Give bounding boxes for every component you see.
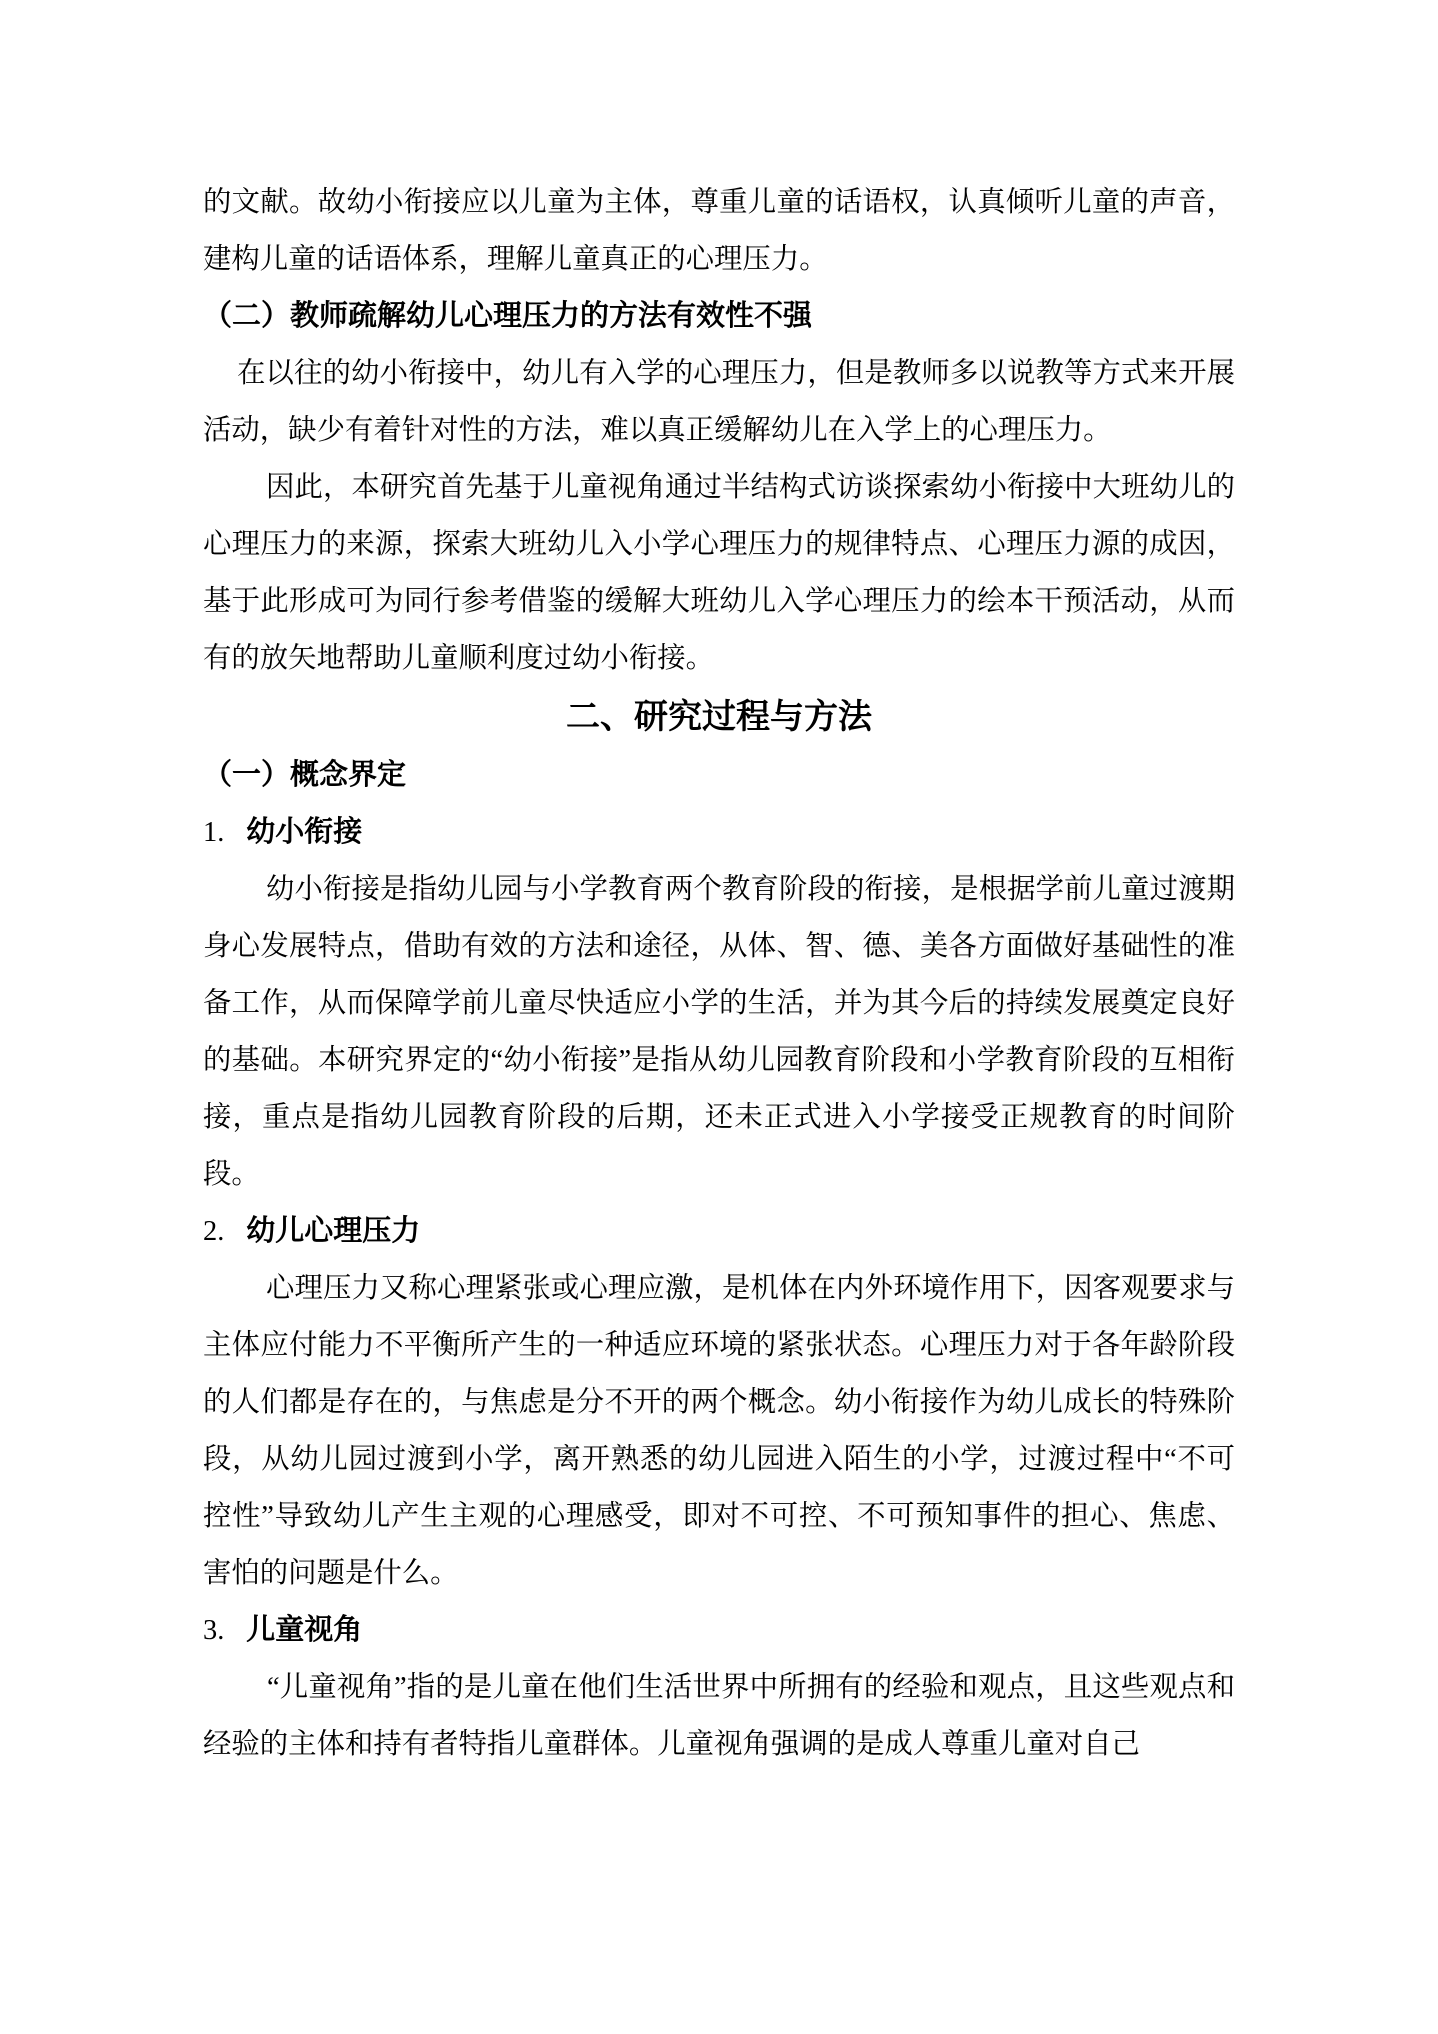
- term-number-1: 1.: [203, 817, 224, 848]
- term-title-1: 幼小衔接: [246, 816, 362, 848]
- paragraph-section2-1: 在以往的幼小衔接中，幼儿有入学的心理压力，但是教师多以说教等方式来开展活动，缺少…: [203, 345, 1235, 459]
- term-title-3: 儿童视角: [246, 1614, 362, 1646]
- heading-section-2: （二）教师疏解幼儿心理压力的方法有效性不强: [203, 288, 1235, 345]
- paragraph-section2-2: 因此，本研究首先基于儿童视角通过半结构式访谈探索幼小衔接中大班幼儿的心理压力的来…: [203, 459, 1235, 687]
- term-title-2: 幼儿心理压力: [246, 1215, 420, 1247]
- paragraph-intro-continuation: 的文献。故幼小衔接应以儿童为主体，尊重儿童的话语权，认真倾听儿童的声音，建构儿童…: [203, 174, 1235, 288]
- term-number-3: 3.: [203, 1615, 224, 1646]
- term-number-2: 2.: [203, 1216, 224, 1247]
- heading-subsection-1: （一）概念界定: [203, 747, 1235, 804]
- term-body-3: “儿童视角”指的是儿童在他们生活世界中所拥有的经验和观点，且这些观点和经验的主体…: [203, 1659, 1235, 1773]
- term-body-1: 幼小衔接是指幼儿园与小学教育两个教育阶段的衔接，是根据学前儿童过渡期身心发展特点…: [203, 861, 1235, 1203]
- document-body: 的文献。故幼小衔接应以儿童为主体，尊重儿童的话语权，认真倾听儿童的声音，建构儿童…: [203, 174, 1235, 1773]
- term-heading-1: 1.幼小衔接: [203, 804, 1235, 861]
- term-heading-2: 2.幼儿心理压力: [203, 1203, 1235, 1260]
- term-heading-3: 3.儿童视角: [203, 1602, 1235, 1659]
- chapter-title: 二、研究过程与方法: [203, 687, 1235, 747]
- document-page: 的文献。故幼小衔接应以儿童为主体，尊重儿童的话语权，认真倾听儿童的声音，建构儿童…: [0, 0, 1438, 2034]
- term-body-2: 心理压力又称心理紧张或心理应激，是机体在内外环境作用下，因客观要求与主体应付能力…: [203, 1260, 1235, 1602]
